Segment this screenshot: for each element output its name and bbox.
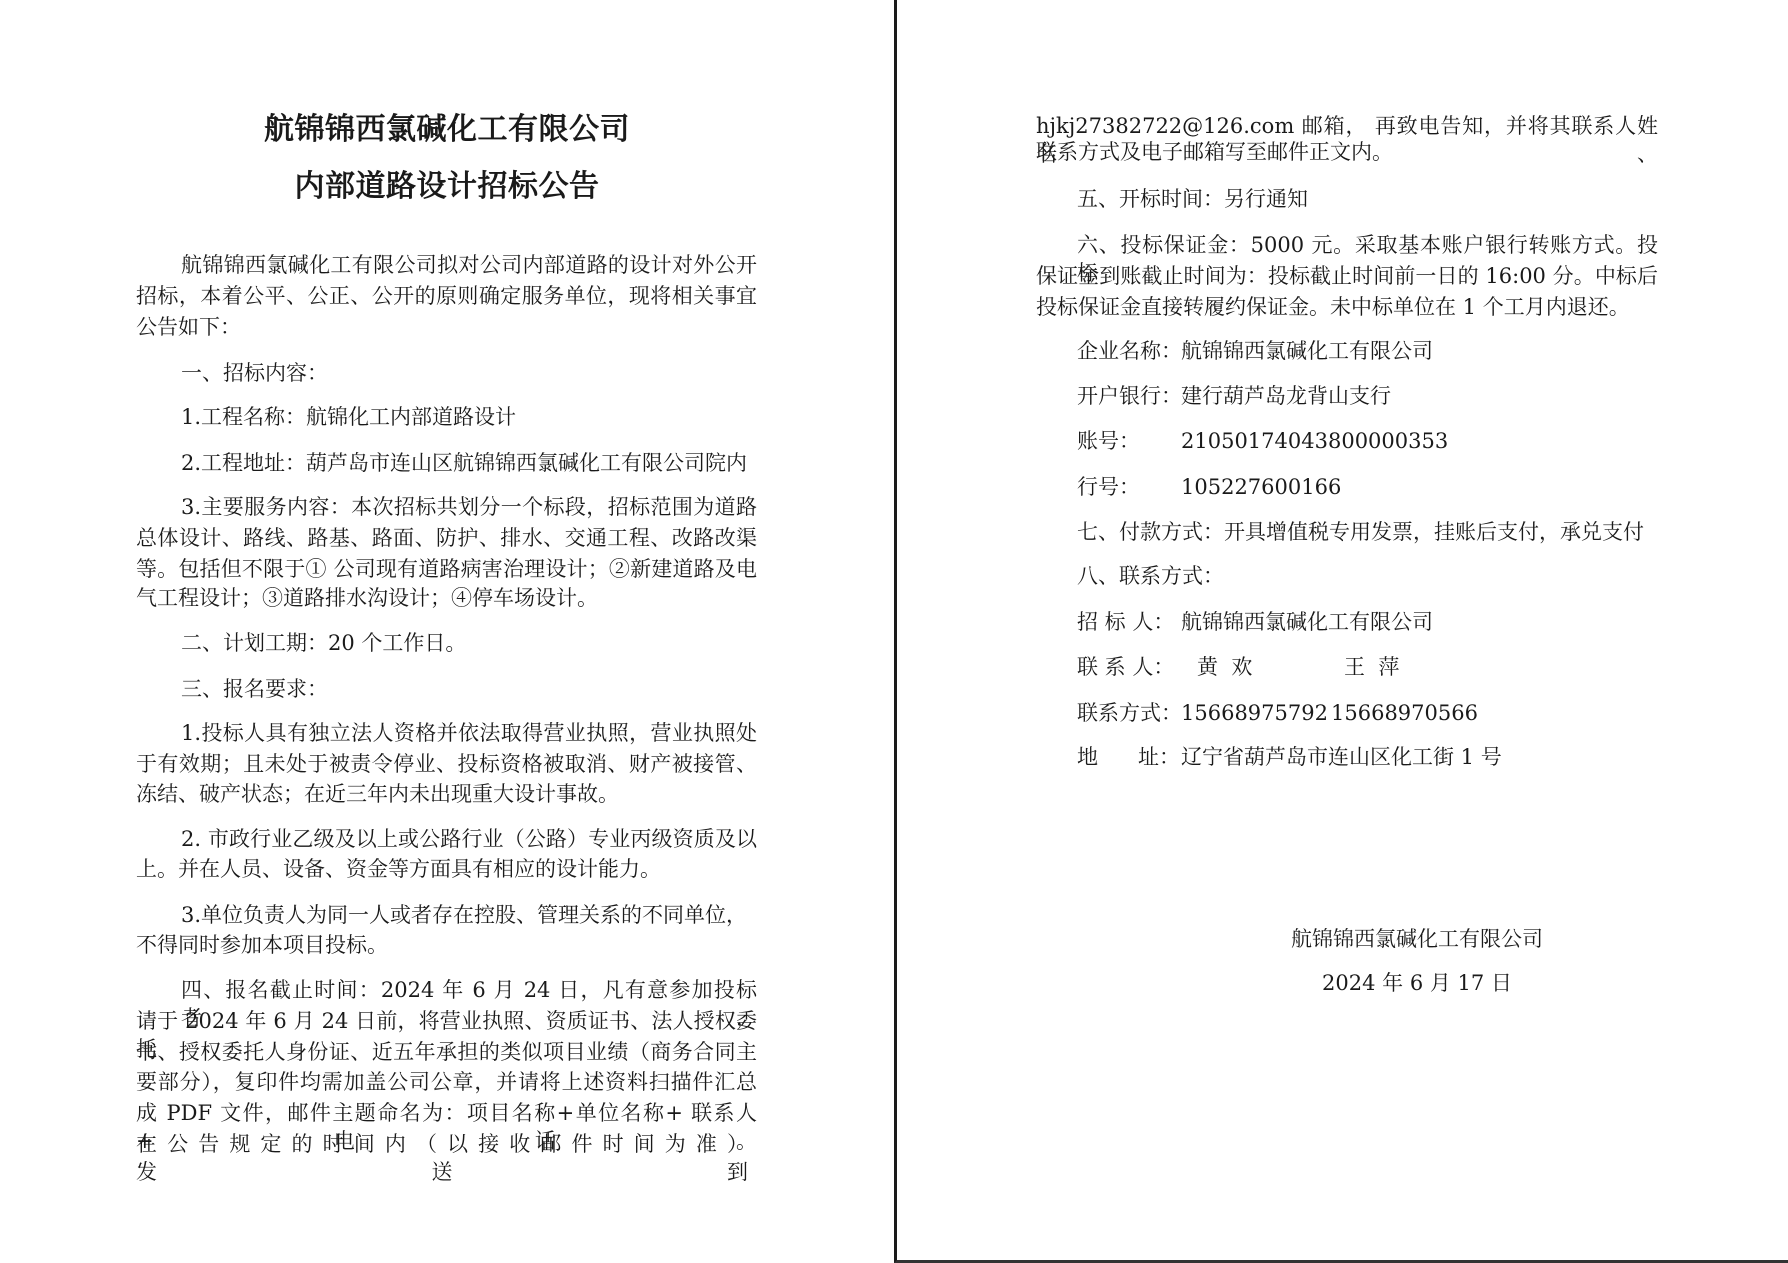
section-7-payment: 七、付款方式：开具增值税专用发票，挂账后支付，承兑支付 [1077, 518, 1644, 546]
section-4-line-6: 在公告规定的时间内（以接收邮件时间为准）发送到 [136, 1130, 757, 1186]
intro-line-3: 公告如下： [136, 313, 241, 341]
address-label: 地 址： [1077, 743, 1180, 771]
req-2-line-1: 2. 市政行业乙级及以上或公路行业（公路）专业丙级资质及以 [181, 825, 757, 853]
intro-line-1: 航锦锦西氯碱化工有限公司拟对公司内部道路的设计对外公开 [181, 251, 757, 279]
bank-code-label: 行号： [1077, 473, 1140, 501]
section-8-heading: 八、联系方式： [1077, 562, 1224, 590]
phone-label: 联系方式： [1077, 699, 1182, 727]
company-name-label: 企业名称： [1077, 337, 1182, 365]
req-1-line-3: 冻结、破产状态；在近三年内未出现重大设计事故。 [136, 780, 619, 808]
account-label: 账号： [1077, 427, 1140, 455]
item-3-line-2: 总体设计、路线、路基、路面、防护、排水、交通工程、改路改渠 [136, 524, 757, 552]
company-name-value: 航锦锦西氯碱化工有限公司 [1181, 337, 1433, 365]
email-line-2: 联系方式及电子邮箱写至邮件正文内。 [1036, 138, 1393, 166]
section-6-line-3: 投标保证金直接转履约保证金。未中标单位在 1 个工月内退还。 [1036, 293, 1630, 321]
document-page-right: hjkj27382722@126.com 邮箱， 再致电告知，并将其联系人姓名、… [894, 0, 1788, 1263]
phone-1: 15668975792 [1181, 699, 1328, 727]
signature-company: 航锦锦西氯碱化工有限公司 [1267, 925, 1567, 953]
req-2-line-2: 上。并在人员、设备、资金等方面具有相应的设计能力。 [136, 855, 661, 883]
phone-2: 15668970566 [1331, 699, 1478, 727]
document-title-line1: 航锦锦西氯碱化工有限公司 [0, 110, 894, 150]
contact-person-1: 黄 欢 [1197, 653, 1252, 681]
tenderer-value: 航锦锦西氯碱化工有限公司 [1181, 608, 1433, 636]
section-6-line-2: 保证金到账截止时间为：投标截止时间前一日的 16:00 分。中标后 [1036, 262, 1658, 290]
contact-person-2: 王 萍 [1344, 653, 1399, 681]
item-1-project-name: 1.工程名称：航锦化工内部道路设计 [181, 403, 516, 431]
account-value: 21050174043800000353 [1181, 427, 1448, 455]
section-2-schedule: 二、计划工期：20 个工作日。 [181, 629, 466, 657]
tenderer-label: 招 标 人： [1077, 608, 1174, 636]
section-4-line-4: 要部分），复印件均需加盖公司公章，并请将上述资料扫描件汇总 [136, 1068, 757, 1096]
item-3-line-3: 等。包括但不限于① 公司现有道路病害治理设计；②新建道路及电 [136, 555, 757, 583]
req-1-line-1: 1.投标人具有独立法人资格并依法取得营业执照，营业执照处 [181, 719, 757, 747]
section-1-heading: 一、招标内容： [181, 359, 328, 387]
address-value: 辽宁省葫芦岛市连山区化工街 1 号 [1181, 743, 1502, 771]
section-5-bid-opening: 五、开标时间：另行通知 [1077, 185, 1308, 213]
bank-label: 开户银行： [1077, 382, 1182, 410]
section-4-line-3: 书、授权委托人身份证、近五年承担的类似项目业绩（商务合同主 [136, 1038, 757, 1066]
item-3-line-4: 气工程设计；③道路排水沟设计；④停车场设计。 [136, 584, 598, 612]
item-2-project-address: 2.工程地址：葫芦岛市连山区航锦锦西氯碱化工有限公司院内 [181, 449, 747, 477]
document-page-left: 航锦锦西氯碱化工有限公司 内部道路设计招标公告 航锦锦西氯碱化工有限公司拟对公司… [0, 0, 894, 1263]
req-3-line-1: 3.单位负责人为同一人或者存在控股、管理关系的不同单位， [181, 901, 747, 929]
document-title-line2: 内部道路设计招标公告 [0, 167, 894, 207]
intro-line-2: 招标，本着公平、公正、公开的原则确定服务单位，现将相关事宜 [136, 282, 757, 310]
req-1-line-2: 于有效期；且未处于被责令停业、投标资格被取消、财产被接管、 [136, 750, 757, 778]
req-3-line-2: 不得同时参加本项目投标。 [136, 931, 388, 959]
item-3-line-1: 3.主要服务内容：本次招标共划分一个标段，招标范围为道路 [181, 493, 757, 521]
signature-date: 2024 年 6 月 17 日 [1267, 969, 1567, 997]
section-3-heading: 三、报名要求： [181, 675, 328, 703]
contact-person-label: 联 系 人： [1077, 653, 1174, 681]
bank-code-value: 105227600166 [1181, 473, 1341, 501]
bank-value: 建行葫芦岛龙背山支行 [1181, 382, 1391, 410]
